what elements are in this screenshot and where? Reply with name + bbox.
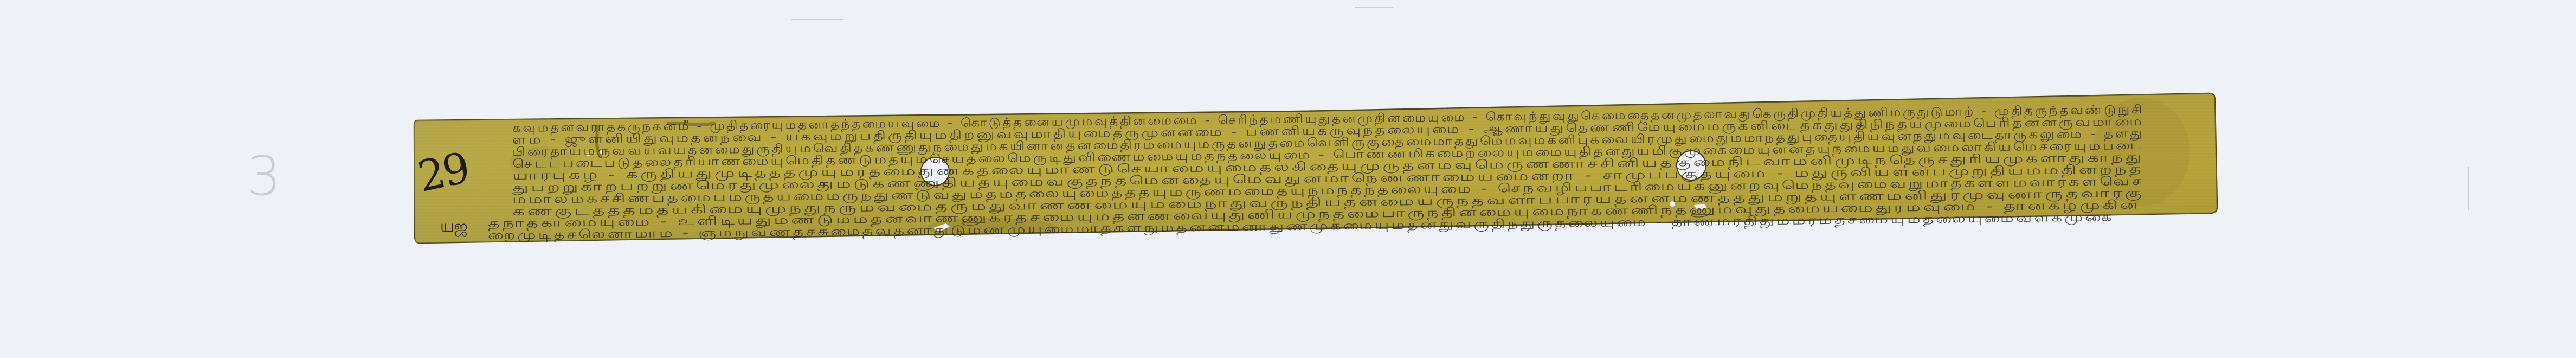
palm-leaf-manuscript: 29 யஜ கவுமதனவராதகருநகனமீ - முதிதரையுமதனா… [0,0,2576,358]
string-hole-left [921,157,949,186]
leaf-shape [0,0,2576,358]
folio-number: 29 [414,144,472,202]
string-hole-right [1677,151,1706,180]
margin-note: யஜ [440,217,468,238]
